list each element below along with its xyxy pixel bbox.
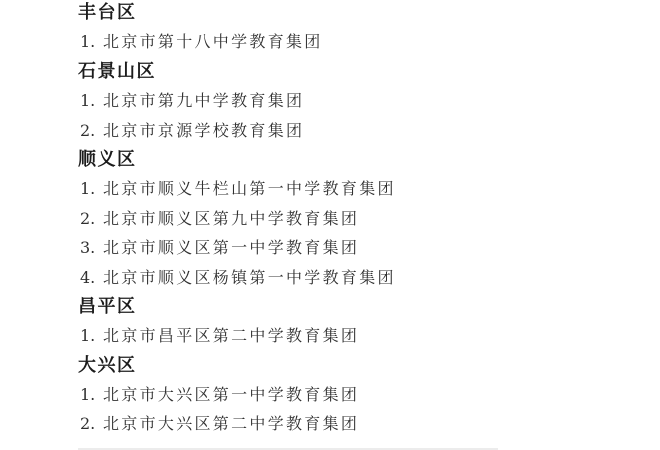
item-number: 1.	[80, 380, 103, 409]
district-heading: 顺义区	[78, 145, 638, 174]
group-name: 北京市京源学校教育集团	[103, 121, 304, 140]
group-list-item: 3.北京市顺义区第一中学教育集团	[78, 233, 638, 262]
group-name: 北京市顺义区第一中学教育集团	[103, 238, 359, 257]
item-number: 2.	[80, 116, 103, 145]
item-number: 1.	[80, 27, 103, 56]
document-page: 丰台区 1.北京市第十八中学教育集团 石景山区 1.北京市第九中学教育集团 2.…	[0, 0, 660, 450]
district-section: 大兴区 1.北京市大兴区第一中学教育集团 2.北京市大兴区第二中学教育集团	[78, 351, 638, 439]
group-list-item: 2.北京市顺义区第九中学教育集团	[78, 204, 638, 233]
item-number: 3.	[80, 233, 103, 262]
item-number: 1.	[80, 86, 103, 115]
item-number: 1.	[80, 174, 103, 203]
group-list-item: 1.北京市昌平区第二中学教育集团	[78, 321, 638, 350]
district-education-group-list: 丰台区 1.北京市第十八中学教育集团 石景山区 1.北京市第九中学教育集团 2.…	[78, 0, 638, 439]
district-section: 顺义区 1.北京市顺义牛栏山第一中学教育集团 2.北京市顺义区第九中学教育集团 …	[78, 145, 638, 292]
group-name: 北京市昌平区第二中学教育集团	[103, 326, 359, 345]
group-name: 北京市顺义牛栏山第一中学教育集团	[103, 179, 396, 198]
group-list-item: 4.北京市顺义区杨镇第一中学教育集团	[78, 263, 638, 292]
district-heading: 大兴区	[78, 351, 638, 380]
group-list-item: 1.北京市顺义牛栏山第一中学教育集团	[78, 174, 638, 203]
group-list-item: 1.北京市第十八中学教育集团	[78, 27, 638, 56]
item-number: 1.	[80, 321, 103, 350]
group-list-item: 2.北京市京源学校教育集团	[78, 116, 638, 145]
district-heading: 丰台区	[78, 0, 638, 27]
group-name: 北京市顺义区第九中学教育集团	[103, 209, 359, 228]
group-name: 北京市顺义区杨镇第一中学教育集团	[103, 268, 396, 287]
item-number: 2.	[80, 204, 103, 233]
district-heading: 石景山区	[78, 57, 638, 86]
group-list-item: 2.北京市大兴区第二中学教育集团	[78, 409, 638, 438]
item-number: 2.	[80, 409, 103, 438]
group-list-item: 1.北京市大兴区第一中学教育集团	[78, 380, 638, 409]
district-section: 丰台区 1.北京市第十八中学教育集团	[78, 0, 638, 57]
group-name: 北京市第十八中学教育集团	[103, 32, 323, 51]
item-number: 4.	[80, 263, 103, 292]
group-name: 北京市第九中学教育集团	[103, 91, 304, 110]
group-name: 北京市大兴区第二中学教育集团	[103, 414, 359, 433]
district-heading: 昌平区	[78, 292, 638, 321]
group-list-item: 1.北京市第九中学教育集团	[78, 86, 638, 115]
district-section: 昌平区 1.北京市昌平区第二中学教育集团	[78, 292, 638, 351]
district-section: 石景山区 1.北京市第九中学教育集团 2.北京市京源学校教育集团	[78, 57, 638, 145]
group-name: 北京市大兴区第一中学教育集团	[103, 385, 359, 404]
